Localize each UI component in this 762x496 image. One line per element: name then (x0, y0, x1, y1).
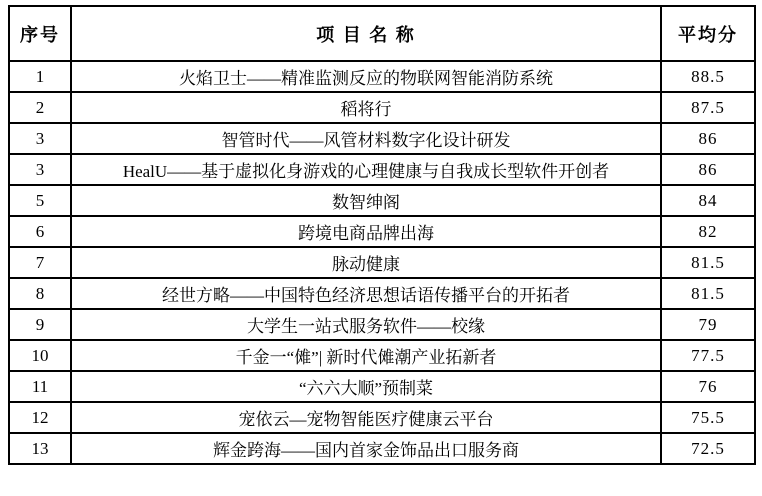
row-index-cell: 1 (9, 61, 71, 92)
table-header-row: 序号 项 目 名 称 平均分 (9, 6, 755, 61)
average-score-cell: 84 (661, 185, 755, 216)
average-score-cell: 81.5 (661, 247, 755, 278)
project-name-cell: 智管时代——风管材料数字化设计研发 (71, 123, 661, 154)
average-score-cell: 72.5 (661, 433, 755, 464)
average-score-cell: 77.5 (661, 340, 755, 371)
row-index-cell: 3 (9, 123, 71, 154)
project-name-cell: 宠依云—宠物智能医疗健康云平台 (71, 402, 661, 433)
header-cell-no: 序号 (9, 6, 71, 61)
table-row: 7脉动健康81.5 (9, 247, 755, 278)
table-row: 2稻将行87.5 (9, 92, 755, 123)
average-score-cell: 81.5 (661, 278, 755, 309)
row-index-cell: 10 (9, 340, 71, 371)
table-row: 3智管时代——风管材料数字化设计研发86 (9, 123, 755, 154)
average-score-cell: 86 (661, 154, 755, 185)
document-page: 序号 项 目 名 称 平均分 1火焰卫士——精准监测反应的物联网智能消防系统88… (0, 0, 762, 496)
header-cell-score: 平均分 (661, 6, 755, 61)
table-row: 6跨境电商品牌出海82 (9, 216, 755, 247)
row-index-cell: 11 (9, 371, 71, 402)
row-index-cell: 3 (9, 154, 71, 185)
row-index-cell: 9 (9, 309, 71, 340)
average-score-cell: 79 (661, 309, 755, 340)
row-index-cell: 8 (9, 278, 71, 309)
table-row: 10千金一“傩”| 新时代傩潮产业拓新者77.5 (9, 340, 755, 371)
project-name-cell: 辉金跨海——国内首家金饰品出口服务商 (71, 433, 661, 464)
project-score-table: 序号 项 目 名 称 平均分 1火焰卫士——精准监测反应的物联网智能消防系统88… (8, 5, 756, 465)
table-row: 9大学生一站式服务软件——校缘79 (9, 309, 755, 340)
table-row: 5数智绅阁84 (9, 185, 755, 216)
project-name-cell: 经世方略——中国特色经济思想话语传播平台的开拓者 (71, 278, 661, 309)
table-row: 8经世方略——中国特色经济思想话语传播平台的开拓者81.5 (9, 278, 755, 309)
row-index-cell: 6 (9, 216, 71, 247)
average-score-cell: 88.5 (661, 61, 755, 92)
project-name-cell: 千金一“傩”| 新时代傩潮产业拓新者 (71, 340, 661, 371)
project-name-cell: 数智绅阁 (71, 185, 661, 216)
table-row: 11“六六大顺”预制菜76 (9, 371, 755, 402)
table-row: 13辉金跨海——国内首家金饰品出口服务商72.5 (9, 433, 755, 464)
table-row: 1火焰卫士——精准监测反应的物联网智能消防系统88.5 (9, 61, 755, 92)
row-index-cell: 13 (9, 433, 71, 464)
project-name-cell: 大学生一站式服务软件——校缘 (71, 309, 661, 340)
table-row: 12宠依云—宠物智能医疗健康云平台75.5 (9, 402, 755, 433)
project-name-cell: 稻将行 (71, 92, 661, 123)
project-name-cell: 跨境电商品牌出海 (71, 216, 661, 247)
average-score-cell: 76 (661, 371, 755, 402)
table-row: 3HealU——基于虚拟化身游戏的心理健康与自我成长型软件开创者86 (9, 154, 755, 185)
row-index-cell: 2 (9, 92, 71, 123)
project-name-cell: 火焰卫士——精准监测反应的物联网智能消防系统 (71, 61, 661, 92)
table-body: 1火焰卫士——精准监测反应的物联网智能消防系统88.52稻将行87.53智管时代… (9, 61, 755, 464)
project-name-cell: “六六大顺”预制菜 (71, 371, 661, 402)
average-score-cell: 87.5 (661, 92, 755, 123)
row-index-cell: 5 (9, 185, 71, 216)
average-score-cell: 82 (661, 216, 755, 247)
average-score-cell: 75.5 (661, 402, 755, 433)
row-index-cell: 7 (9, 247, 71, 278)
header-cell-name: 项 目 名 称 (71, 6, 661, 61)
project-name-cell: HealU——基于虚拟化身游戏的心理健康与自我成长型软件开创者 (71, 154, 661, 185)
project-name-cell: 脉动健康 (71, 247, 661, 278)
row-index-cell: 12 (9, 402, 71, 433)
average-score-cell: 86 (661, 123, 755, 154)
